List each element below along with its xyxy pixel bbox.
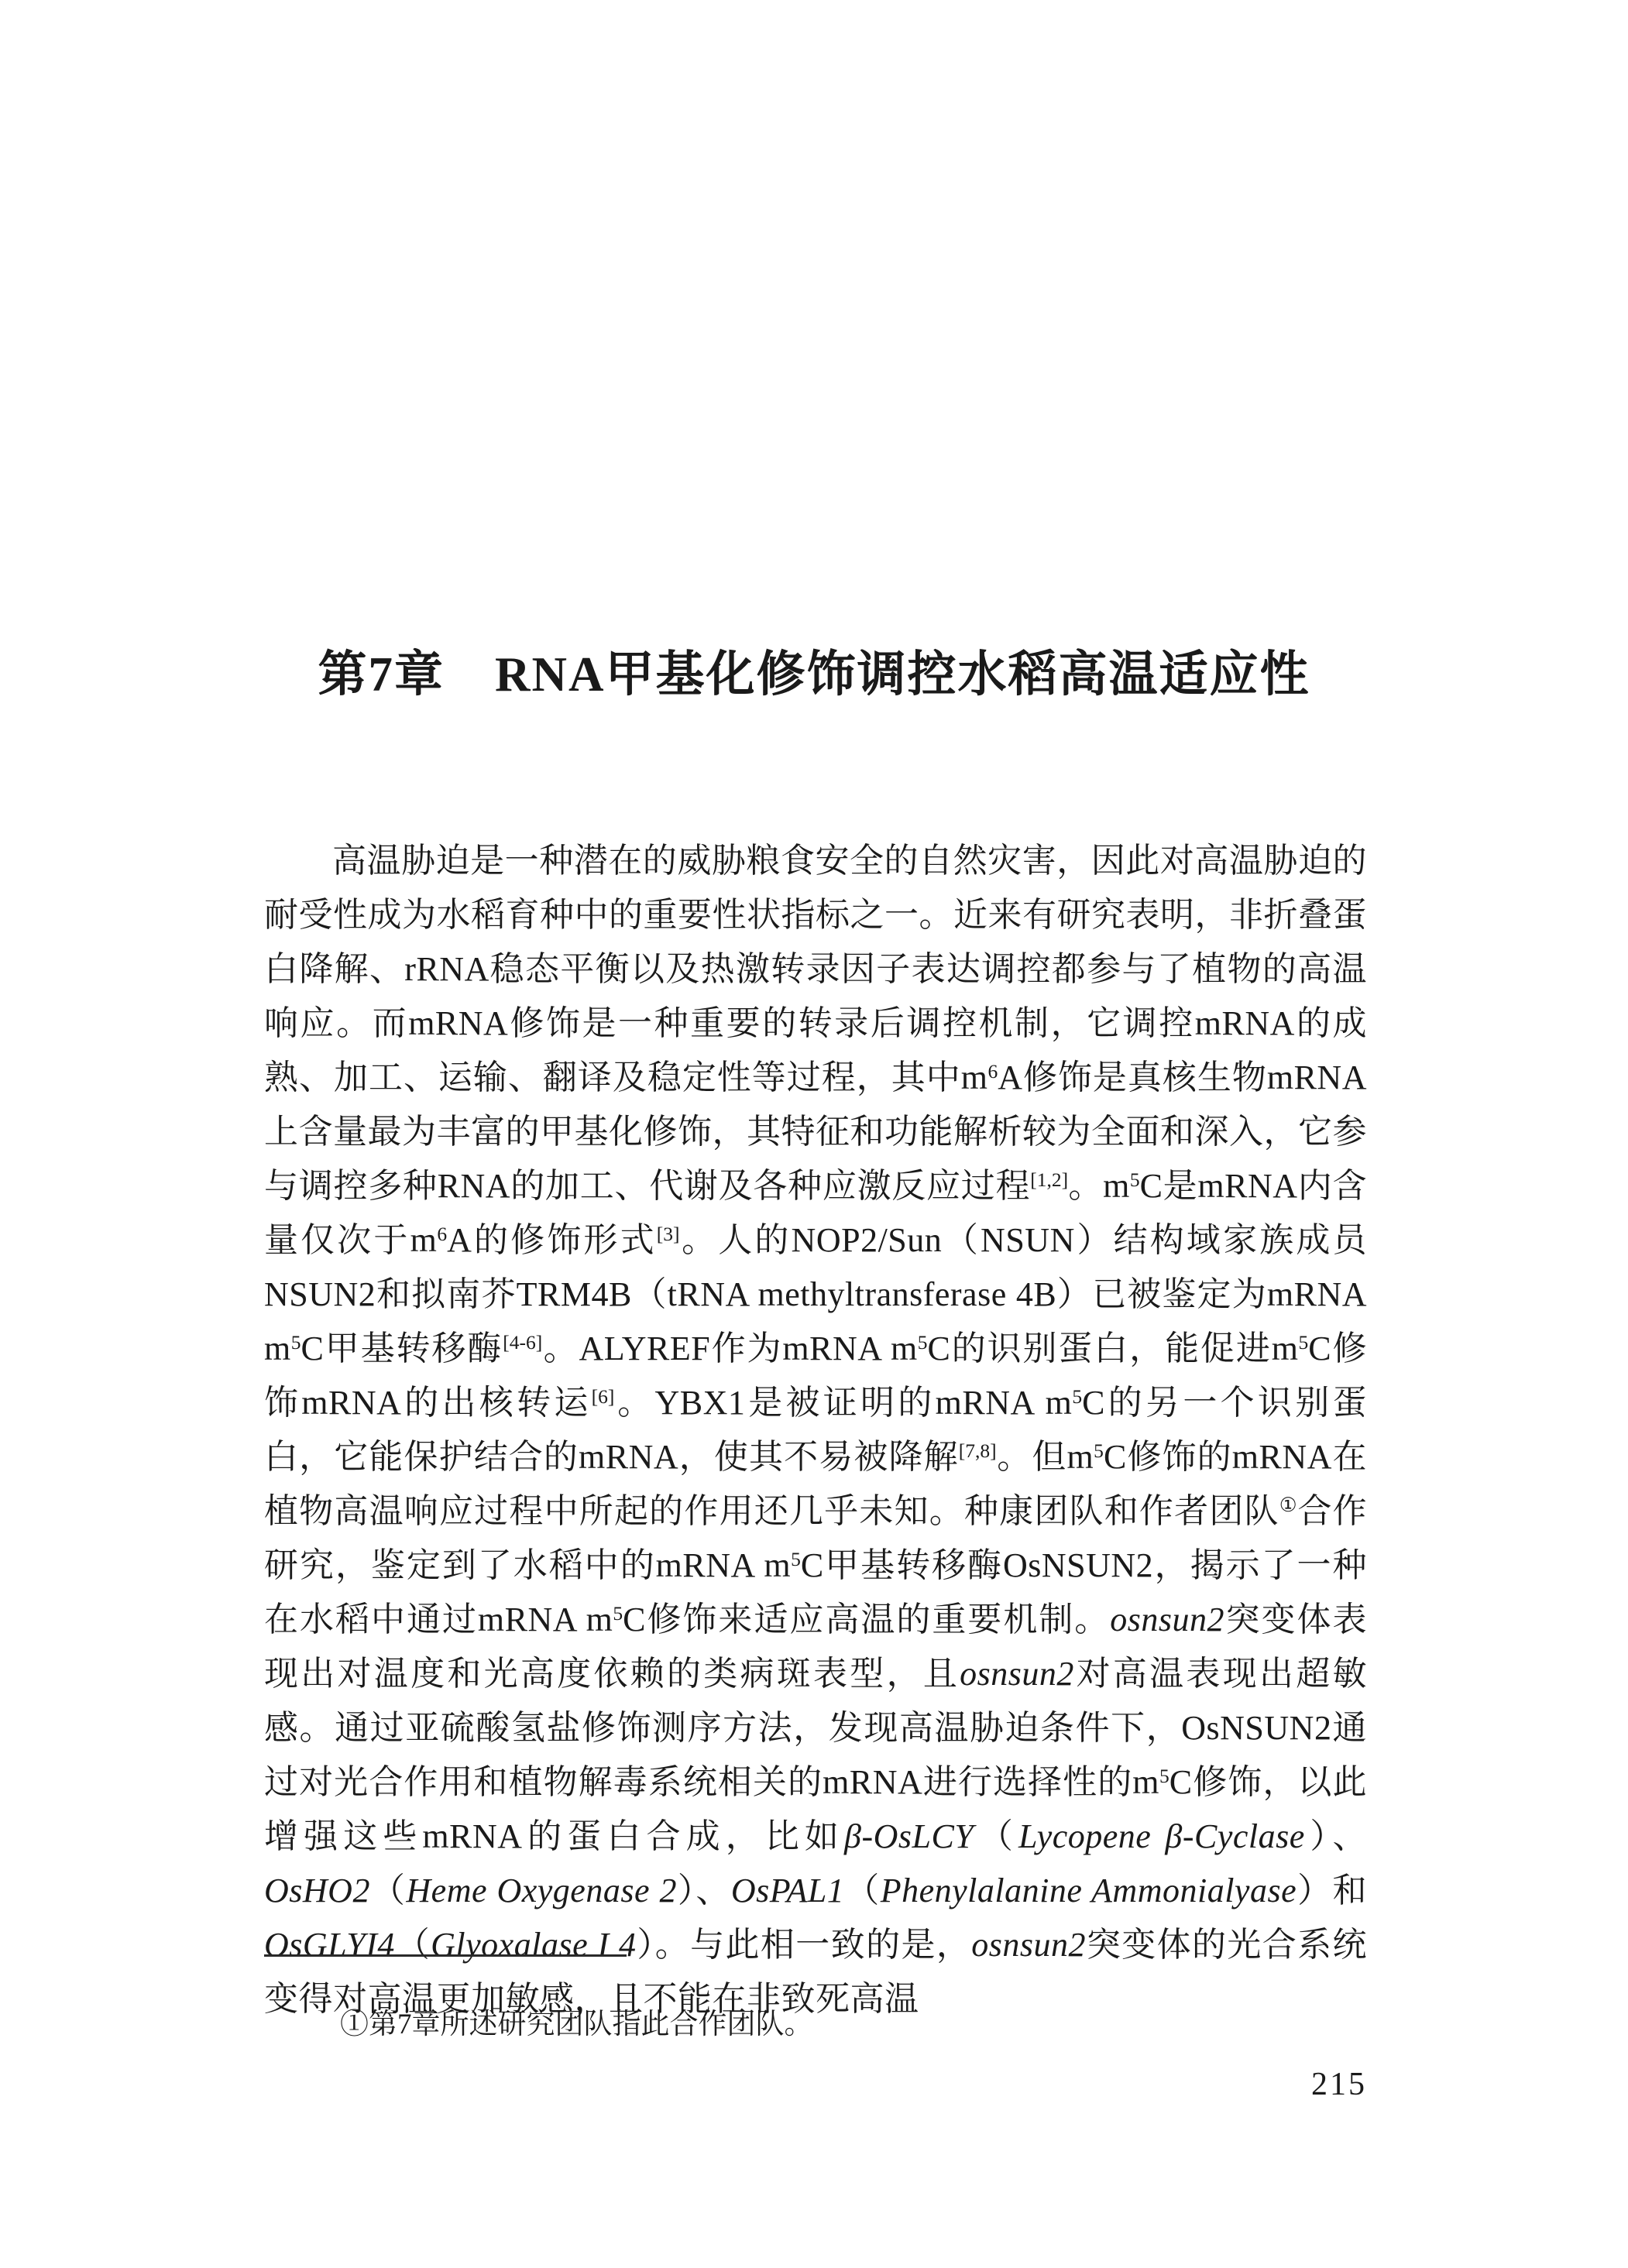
footnote-divider — [264, 1954, 627, 1957]
book-page: 第7章 RNA甲基化修饰调控水稻高温适应性 高温胁迫是一种潜在的威胁粮食安全的自… — [0, 0, 1628, 2268]
chapter-title: 第7章 RNA甲基化修饰调控水稻高温适应性 — [264, 635, 1364, 705]
body-paragraph: 高温胁迫是一种潜在的威胁粮食安全的自然灾害，因此对高温胁迫的耐受性成为水稻育种中… — [264, 834, 1367, 2026]
footnote-text: ①第7章所述研究团队指此合作团队。 — [264, 2003, 1367, 2047]
page-number: 215 — [264, 2066, 1367, 2103]
